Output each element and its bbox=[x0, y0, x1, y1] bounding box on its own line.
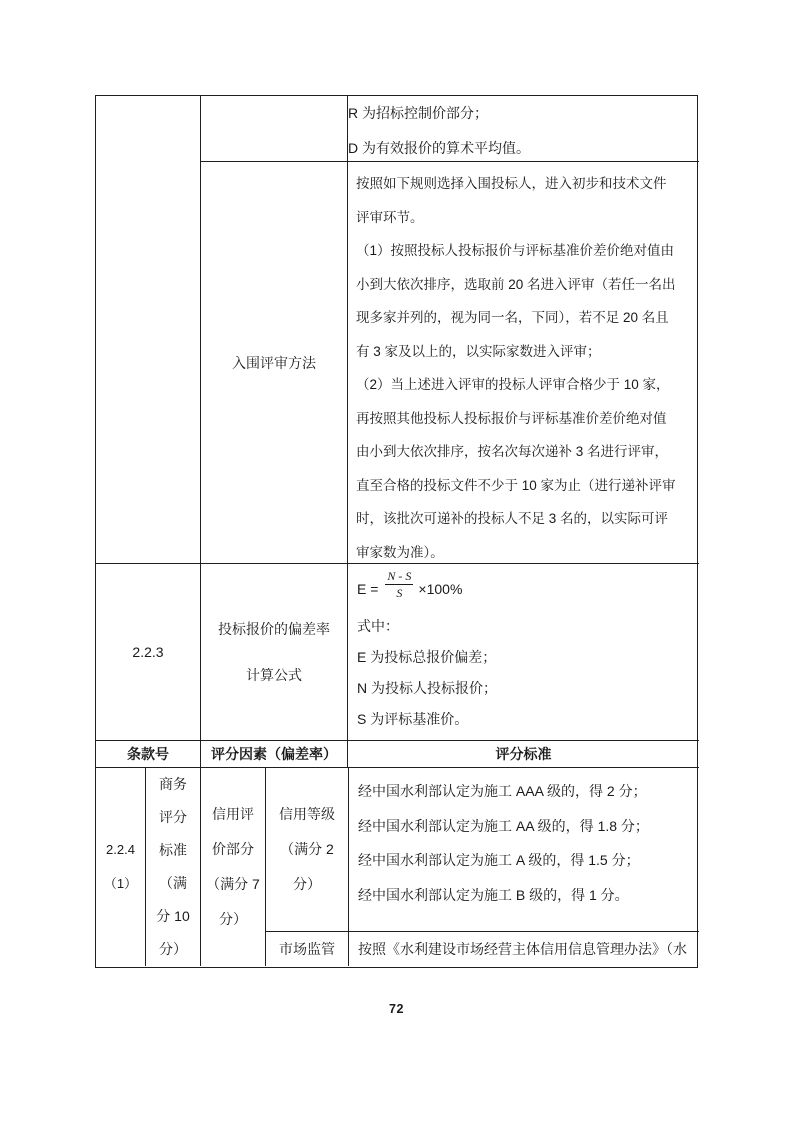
formula-numerator: N - S bbox=[385, 569, 413, 585]
credit-rating-label-cell: 信用等级 （满分 2 分） bbox=[266, 768, 349, 932]
page-number: 72 bbox=[0, 1002, 793, 1016]
formula-fraction: N - S S bbox=[385, 569, 413, 600]
deviation-formula-expression: E = N - S S ×100% bbox=[357, 567, 699, 611]
deviation-rate-factor-cell: 投标报价的偏差率 计算公式 bbox=[201, 564, 348, 741]
market-supervision-criteria-cell: 按照《水利建设市场经营主体信用信息管理办法》（水 bbox=[349, 932, 699, 966]
formula-denominator: S bbox=[385, 585, 413, 600]
header-scoring-factor: 评分因素（偏差率） bbox=[201, 741, 348, 768]
formula-suffix: ×100% bbox=[418, 581, 462, 597]
formula-lhs: E = bbox=[357, 581, 378, 597]
business-score-category-cell: 商务 评分 标准 （满 分 10 分） bbox=[146, 768, 201, 966]
formula-legend: 式中： E 为投标总报价偏差； N 为投标人投标报价； S 为评标基准价。 bbox=[357, 611, 699, 735]
document-page: R 为招标控制价部分； D 为有效报价的算术平均值。 入围评审方法 按照如下规则… bbox=[0, 0, 793, 1122]
header-scoring-standard: 评分标准 bbox=[348, 741, 699, 768]
credit-rating-criteria-cell: 经中国水利部认定为施工 AAA 级的，得 2 分； 经中国水利部认定为施工 AA… bbox=[349, 768, 699, 932]
entry-review-method-text: 按照如下规则选择入围投标人，进入初步和技术文件 评审环节。 （1）按照投标人投标… bbox=[348, 162, 699, 564]
evaluation-table: R 为招标控制价部分； D 为有效报价的算术平均值。 入围评审方法 按照如下规则… bbox=[95, 95, 698, 968]
market-supervision-label-cell: 市场监管 bbox=[266, 932, 349, 966]
clause-2-2-3-cell: 2.2.3 bbox=[96, 564, 201, 741]
clause-2-2-4-1-cell: 2.2.4 （1） bbox=[96, 768, 146, 966]
deviation-formula-cell: E = N - S S ×100% 式中： E 为投标总报价偏差； N 为投标人… bbox=[348, 564, 699, 741]
clause-empty-cell bbox=[96, 96, 201, 564]
header-clause-number: 条款号 bbox=[96, 741, 201, 768]
factor-empty-cell bbox=[201, 96, 348, 162]
r-d-definitions-cell: R 为招标控制价部分； D 为有效报价的算术平均值。 bbox=[348, 96, 699, 162]
credit-evaluation-subcategory-cell: 信用评 价部分 （满分 7 分） bbox=[201, 768, 266, 966]
entry-review-method-label: 入围评审方法 bbox=[201, 162, 348, 564]
